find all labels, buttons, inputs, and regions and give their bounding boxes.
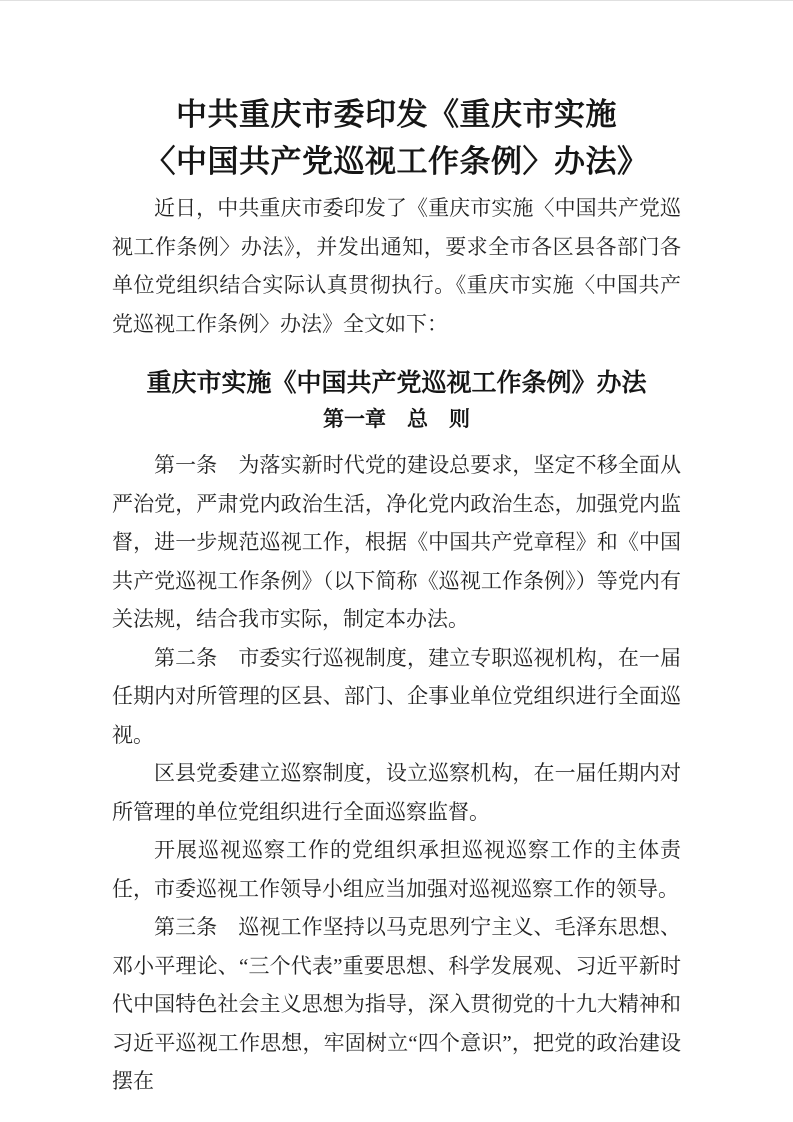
intro-paragraph: 近日，中共重庆市委印发了《重庆市实施〈中国共产党巡视工作条例〉办法》，并发出通知…	[112, 189, 681, 343]
body-paragraph-2: 第二条 市委实行巡视制度，建立专职巡视机构，在一届任期内对所管理的区县、部门、企…	[112, 639, 681, 755]
chapter-heading: 第一章 总 则	[112, 404, 681, 434]
article-title-line-1: 中共重庆市委印发《重庆市实施	[176, 97, 617, 132]
body-paragraph-1: 第一条 为落实新时代党的建设总要求，坚定不移全面从严治党，严肃党内政治生活，净化…	[112, 446, 681, 639]
regulation-title: 重庆市实施《中国共产党巡视工作条例》办法	[112, 366, 681, 402]
regulation-body: 第一条 为落实新时代党的建设总要求，坚定不移全面从严治党，严肃党内政治生活，净化…	[112, 446, 681, 1101]
article-title-line-2: 〈中国共产党巡视工作条例〉办法》	[145, 144, 649, 179]
article-title: 中共重庆市委印发《重庆市实施 〈中国共产党巡视工作条例〉办法》	[112, 91, 681, 185]
body-paragraph-3: 区县党委建立巡察制度，设立巡察机构，在一届任期内对所管理的单位党组织进行全面巡察…	[112, 754, 681, 831]
document-page: 中共重庆市委印发《重庆市实施 〈中国共产党巡视工作条例〉办法》 近日，中共重庆市…	[0, 0, 793, 1122]
body-paragraph-5: 第三条 巡视工作坚持以马克思列宁主义、毛泽东思想、邓小平理论、“三个代表”重要思…	[112, 908, 681, 1101]
body-paragraph-4: 开展巡视巡察工作的党组织承担巡视巡察工作的主体责任，市委巡视工作领导小组应当加强…	[112, 831, 681, 908]
